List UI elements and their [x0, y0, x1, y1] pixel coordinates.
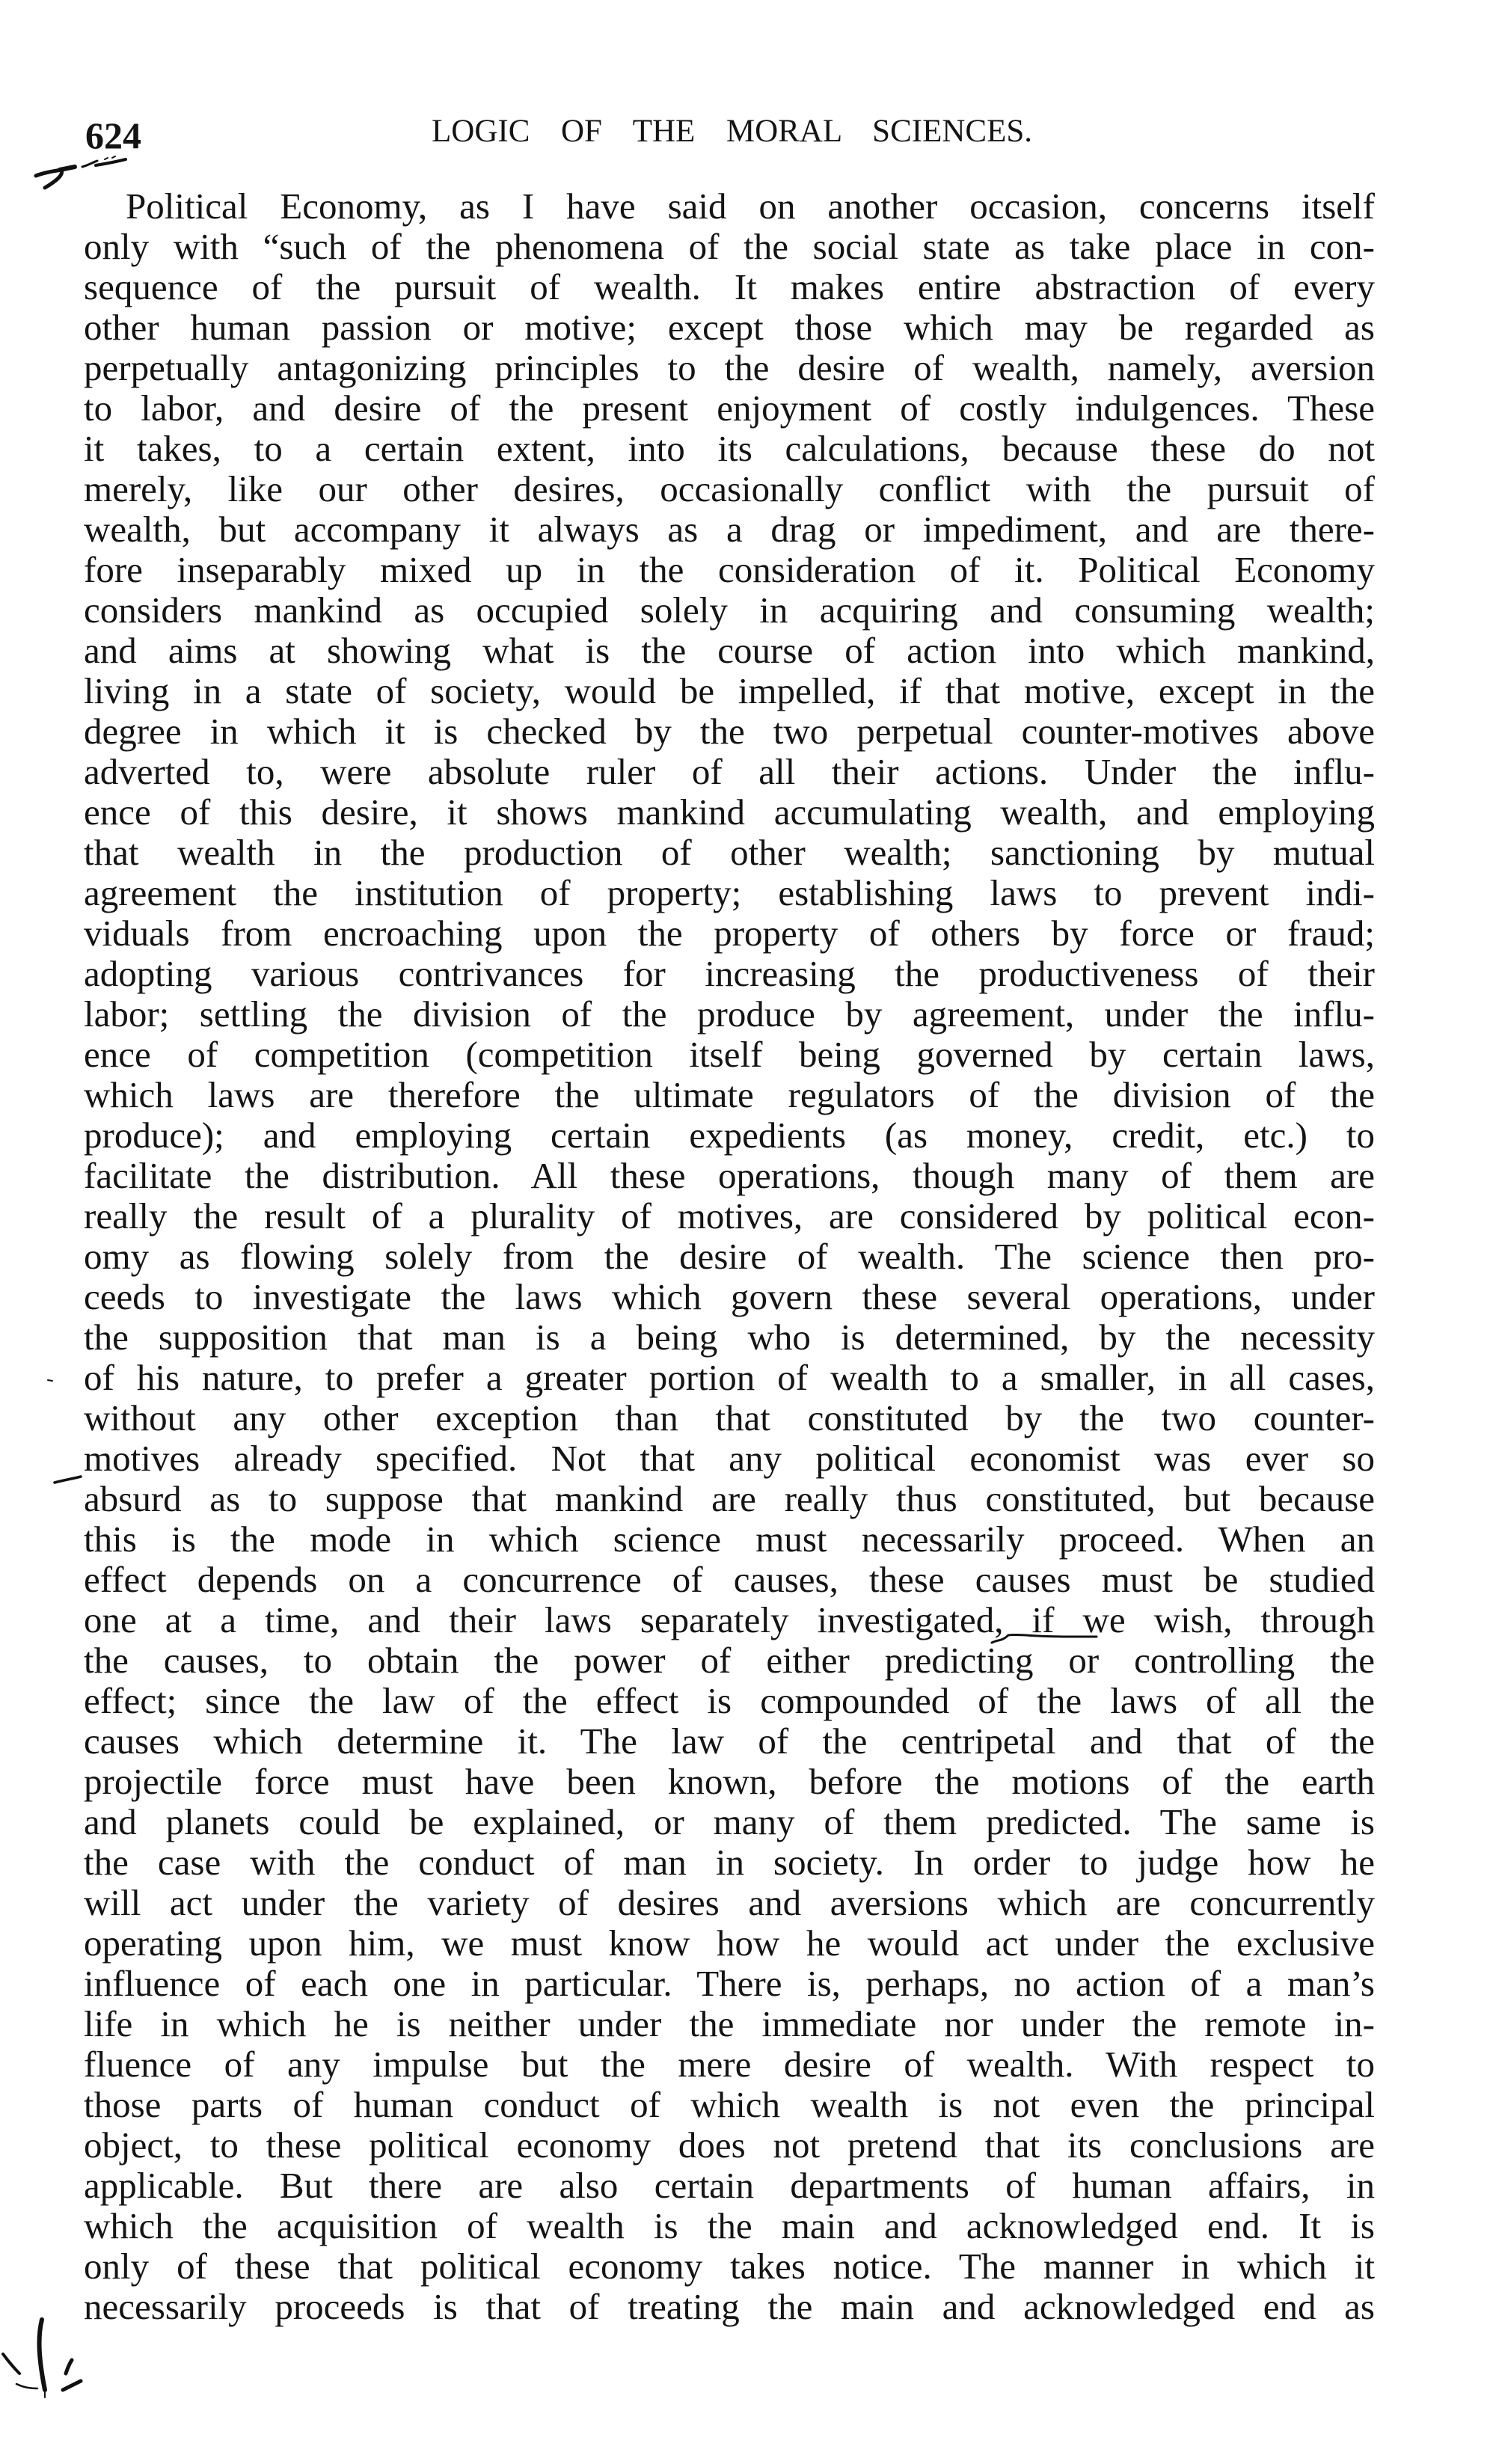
text-line: fluence of any impulse but the mere desi… [84, 2044, 1375, 2085]
text-line: fore inseparably mixed up in the conside… [84, 550, 1375, 590]
text-line: motives already specified. Not that any … [84, 1438, 1375, 1479]
text-line: absurd as to suppose that mankind are re… [84, 1479, 1375, 1519]
text-line: adopting various contrivances for increa… [84, 954, 1375, 994]
text-line: which laws are therefore the ultimate re… [84, 1075, 1375, 1115]
text-line: of his nature, to prefer a greater porti… [84, 1358, 1375, 1398]
text-line: degree in which it is checked by the two… [84, 711, 1375, 752]
text-line: omy as flowing solely from the desire of… [84, 1236, 1375, 1277]
text-line: it takes, to a certain extent, into its … [84, 429, 1375, 469]
text-line: only of these that political economy tak… [84, 2246, 1375, 2287]
text-line: effect depends on a concurrence of cause… [84, 1560, 1375, 1600]
text-line: to labor, and desire of the present enjo… [84, 388, 1375, 429]
text-line: without any other exception than that co… [84, 1398, 1375, 1438]
text-line: living in a state of society, would be i… [84, 671, 1375, 711]
text-line: viduals from encroaching upon the proper… [84, 913, 1375, 954]
text-line: applicable. But there are also certain d… [84, 2166, 1375, 2206]
text-line: necessarily proceeds is that of treating… [84, 2287, 1375, 2327]
text-line: adverted to, were absolute ruler of all … [84, 752, 1375, 792]
text-line: projectile force must have been known, b… [84, 1762, 1375, 1802]
text-line: object, to these political economy does … [84, 2125, 1375, 2166]
text-line: life in which he is neither under the im… [84, 2004, 1375, 2044]
text-line: will act under the variety of desires an… [84, 1883, 1375, 1923]
text-line: influence of each one in particular. The… [84, 1964, 1375, 2004]
text-line: wealth, but accompany it always as a dra… [84, 509, 1375, 550]
margin-tick-icon [46, 1378, 55, 1385]
text-line: only with “such of the phenomena of the … [84, 227, 1375, 267]
text-line: ceeds to investigate the laws which gove… [84, 1277, 1375, 1317]
text-line: causes which determine it. The law of th… [84, 1721, 1375, 1762]
body-paragraph: Political Economy, as I have said on ano… [84, 186, 1375, 2327]
text-line: ence of competition (competition itself … [84, 1035, 1375, 1075]
text-line: considers mankind as occupied solely in … [84, 590, 1375, 631]
text-line: that wealth in the production of other w… [84, 833, 1375, 873]
text-line: Political Economy, as I have said on ano… [84, 186, 1375, 227]
text-line: the causes, to obtain the power of eithe… [84, 1640, 1375, 1681]
text-line: which the acquisition of wealth is the m… [84, 2206, 1375, 2246]
text-line: merely, like our other desires, occasion… [84, 469, 1375, 509]
text-line: those parts of human conduct of which we… [84, 2085, 1375, 2125]
text-line: produce); and employing certain expedien… [84, 1115, 1375, 1156]
text-line: the supposition that man is a being who … [84, 1317, 1375, 1358]
text-line: other human passion or motive; except th… [84, 307, 1375, 348]
text-line: operating upon him, we must know how he … [84, 1923, 1375, 1964]
pen-sketch-icon [0, 2315, 90, 2409]
text-line: labor; settling the division of the prod… [84, 994, 1375, 1035]
text-line: and planets could be explained, or many … [84, 1802, 1375, 1842]
text-line: the case with the conduct of man in soci… [84, 1842, 1375, 1883]
text-line: perpetually antagonizing principles to t… [84, 348, 1375, 388]
text-line: facilitate the distribution. All these o… [84, 1156, 1375, 1196]
text-line: and aims at showing what is the course o… [84, 631, 1375, 671]
text-line: one at a time, and their laws separately… [84, 1600, 1375, 1640]
text-line: this is the mode in which science must n… [84, 1519, 1375, 1560]
text-line: sequence of the pursuit of wealth. It ma… [84, 267, 1375, 307]
text-line: effect; since the law of the effect is c… [84, 1681, 1375, 1721]
page-number: 624 [85, 115, 141, 156]
text-line: really the result of a plurality of moti… [84, 1196, 1375, 1236]
margin-dash-icon [52, 1474, 85, 1486]
running-head: LOGIC OF THE MORAL SCIENCES. [432, 111, 1032, 152]
text-line: ence of this desire, it shows mankind ac… [84, 792, 1375, 833]
text-line: agreement the institution of property; e… [84, 873, 1375, 913]
